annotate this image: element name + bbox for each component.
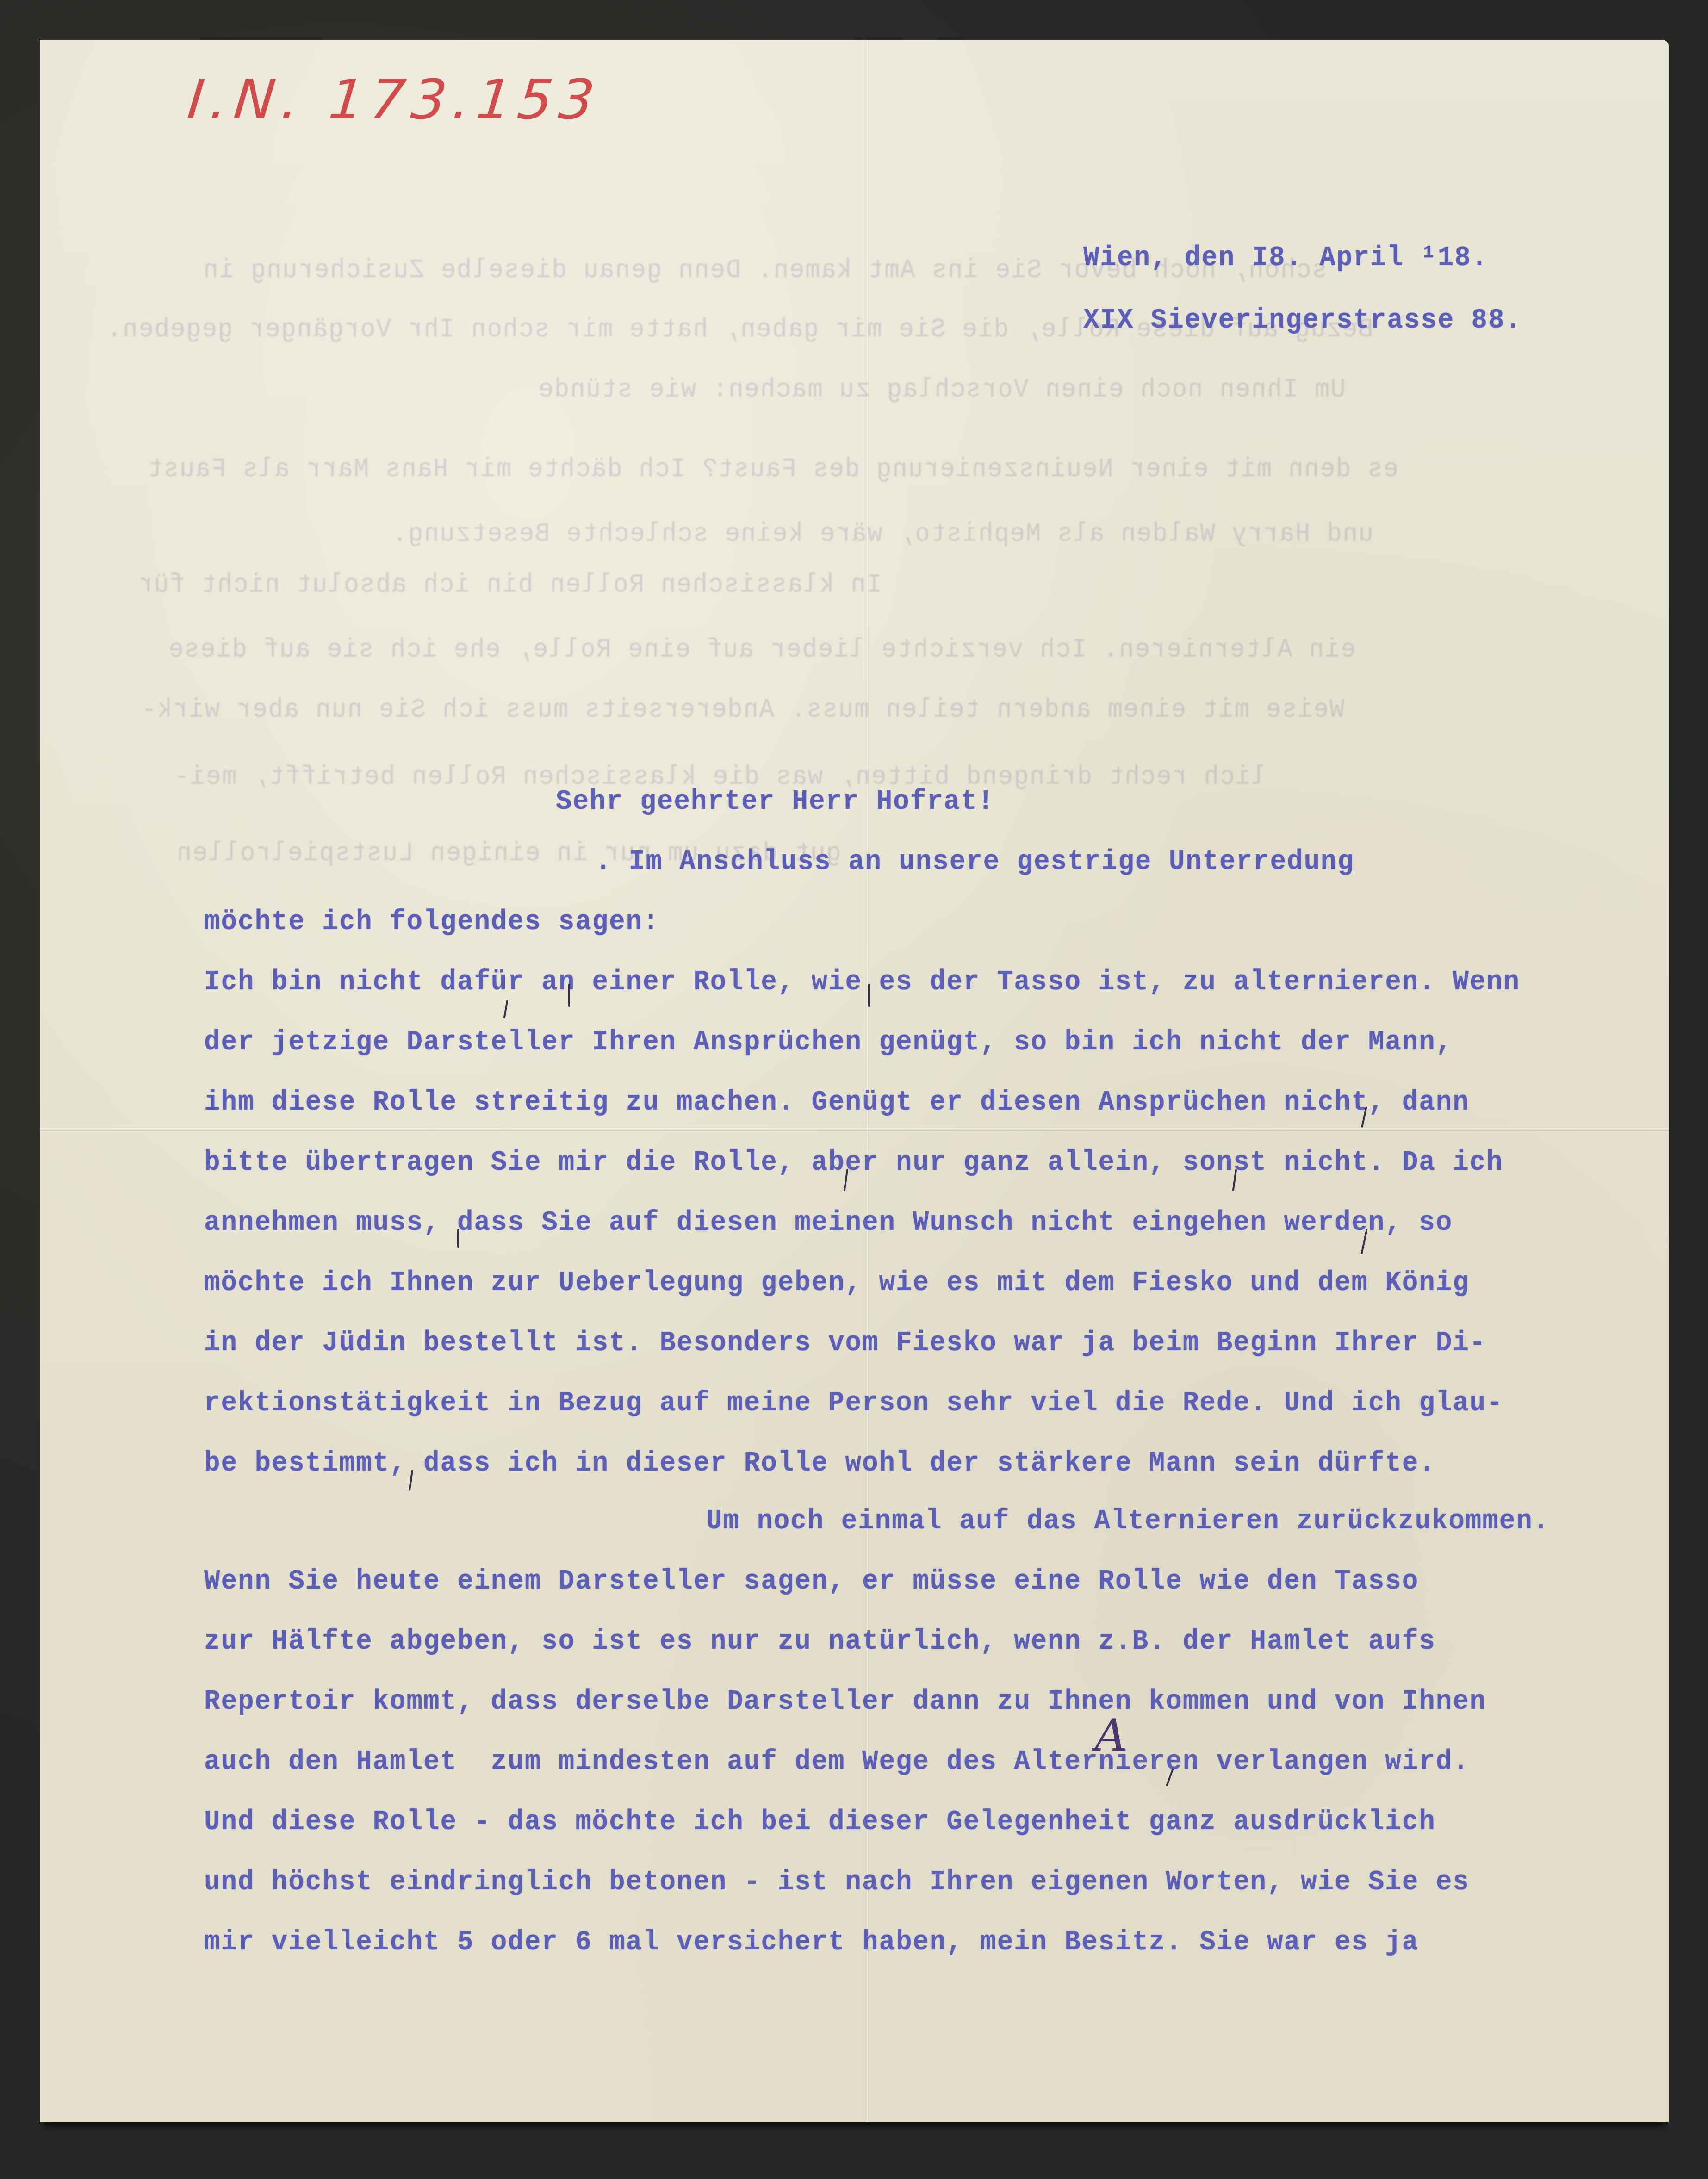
body-line: möchte ich Ihnen zur Ueberlegung geben, … [204,1268,1470,1297]
body-line: Repertoir kommt, dass derselbe Darstelle… [204,1687,1486,1716]
body-line: bitte übertragen Sie mir die Rolle, aber… [204,1148,1503,1177]
bleed-through-line: Um Ihnen noch einen Vorschlag zu machen:… [538,377,1346,404]
letter-page: I.N. 173.153 schon, noch bevor Sie ins A… [40,40,1669,2122]
body-line: der jetzige Darsteller Ihren Ansprüchen … [204,1028,1453,1056]
handwritten-comma-mark [503,1000,509,1018]
date-line: Wien, den I8. April ¹18. [1083,243,1488,272]
address-line: XIX Sieveringerstrasse 88. [1083,306,1522,335]
body-line: auch den Hamlet zum mindesten auf dem We… [204,1747,1470,1776]
bleed-through-line: und Harry Walden als Mephisto, wäre kein… [391,521,1373,548]
horizontal-fold [40,1128,1669,1131]
body-line: Ich bin nicht dafür an einer Rolle, wie … [204,968,1520,996]
paragraph-2-first-line: Um noch einmal auf das Alternieren zurüc… [706,1507,1550,1535]
catalog-number: I.N. 173.153 [185,68,604,131]
bleed-through-line: es denn mit einer Neuinszenierung des Fa… [147,456,1398,483]
body-line: annehmen muss, dass Sie auf diesen meine… [204,1208,1453,1237]
body-line: rektionstätigkeit in Bezug auf meine Per… [204,1389,1503,1417]
body-line: Und diese Rolle - das möchte ich bei die… [204,1807,1436,1836]
opening-line: . Im Anschluss an unsere gestrige Unterr… [595,847,1354,876]
body-line: Wenn Sie heute einem Darsteller sagen, e… [204,1567,1419,1595]
handwritten-comma-mark [568,984,570,1007]
handwritten-comma-mark [457,1229,459,1248]
body-line: be bestimmt, dass ich in dieser Rolle wo… [204,1449,1436,1477]
body-line: in der Jüdin bestellt ist. Besonders vom… [204,1329,1486,1357]
bleed-through-line: In klassischen Rollen bin ich absolut ni… [137,572,882,599]
body-line: mir vielleicht 5 oder 6 mal versichert h… [204,1928,1419,1956]
bleed-through-line: Weise mit einem andern teilen muss. Ande… [141,697,1344,724]
body-line: zur Hälfte abgeben, so ist es nur zu nat… [204,1627,1436,1656]
salutation: Sehr geehrter Herr Hofrat! [556,787,994,816]
body-line: und höchst eindringlich betonen - ist na… [204,1868,1470,1896]
handwritten-correction-a: A [1095,1710,1127,1761]
handwritten-comma-mark [868,984,870,1007]
bleed-through-line: ein Alternieren. Ich verzichte lieber au… [168,637,1356,664]
body-line: ihm diese Rolle streitig zu machen. Genü… [204,1088,1470,1117]
body-line: möchte ich folgendes sagen: [204,907,659,936]
